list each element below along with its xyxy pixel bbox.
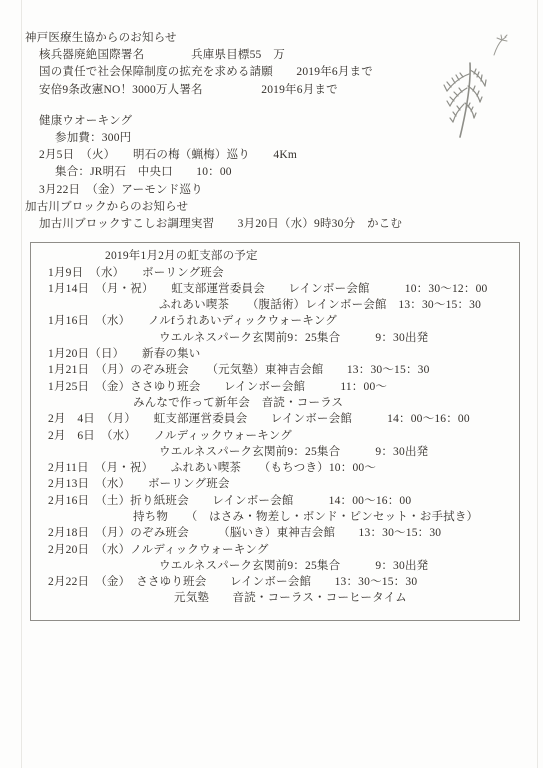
schedule-row: 1月21日 （月）のぞみ班会 （元気塾）東神吉会館 13：30～15：30 — [31, 362, 519, 378]
scanned-newsletter-page: 神戸医療生協からのお知らせ 核兵器廃絶国際署名 兵庫県目標55 万 国の責任で社… — [0, 0, 543, 768]
schedule-row-continuation: ウエルネスパーク玄関前9：25集合 9：30出発 — [31, 330, 519, 346]
walking-fee-line: 参加費：300円 — [0, 130, 543, 147]
walking-header: 健康ウオーキング — [0, 113, 543, 130]
kakogawa-header: 加古川ブロックからのお知らせ — [0, 199, 543, 216]
schedule-row: 2月13日 （水） ボーリング班会 — [31, 476, 519, 492]
schedule-row-continuation: みんなで作って新年会 音読・コーラス — [31, 395, 519, 411]
schedule-row-continuation: 元気塾 音読・コーラス・コーヒータイム — [31, 590, 519, 606]
document-content: 神戸医療生協からのお知らせ 核兵器廃絶国際署名 兵庫県目標55 万 国の責任で社… — [0, 30, 543, 621]
schedule-row: 1月14日 （月・祝） 虹支部運営委員会 レインボー会館 10：30～12：00 — [31, 281, 519, 297]
kakogawa-item-line: 加古川ブロックすこしお調理実習 3月20日（水）9時30分 かこむ — [0, 216, 543, 233]
schedule-row: 2月 6日 （水） ノルディックウォーキング — [31, 428, 519, 444]
schedule-row: 1月20日（日） 新春の集い — [31, 346, 519, 362]
schedule-row: 2月11日 （月・祝） ふれあい喫茶 （もちつき）10：00～ — [31, 460, 519, 476]
schedule-row: 1月25日 （金）ささゆり班会 レインボー会館 11：00～ — [31, 379, 519, 395]
schedule-row-continuation: ウエルネスパーク玄関前9：25集合 9：30出発 — [31, 444, 519, 460]
walking-event-line: 3月22日 （金）アーモンド巡り — [0, 182, 543, 199]
schedule-row: 2月 4日 （月） 虹支部運営委員会 レインボー会館 14：00～16：00 — [31, 411, 519, 427]
schedule-row: 1月16日 （水） ノルfうれあいディックウォーキング — [31, 313, 519, 329]
schedule-row: 2月18日 （月）のぞみ班会 （脳いき）東神吉会館 13：30～15：30 — [31, 525, 519, 541]
walking-meeting-line: 集合：JR明石 中央口 10：00 — [0, 164, 543, 181]
coop-notice-header: 神戸医療生協からのお知らせ — [0, 30, 543, 47]
schedule-box: 2019年1月2月の虹支部の予定 1月9日 （水） ボーリング班会 1月14日 … — [30, 242, 520, 621]
coop-notice-line: 国の責任で社会保障制度の拡充を求める請願 2019年6月まで — [0, 64, 543, 81]
coop-notice-line: 核兵器廃絶国際署名 兵庫県目標55 万 — [0, 47, 543, 64]
schedule-row-continuation: ウエルネスパーク玄関前9：25集合 9：30出発 — [31, 558, 519, 574]
schedule-row: 2月16日 （土）折り紙班会 レインボー会館 14：00～16：00 — [31, 493, 519, 509]
schedule-row-continuation: ふれあい喫茶 （腹話術）レインボー会館 13：30～15：30 — [31, 297, 519, 313]
walking-event-line: 2月5日 （火） 明石の梅（蝋梅）巡り 4Km — [0, 147, 543, 164]
coop-notice-line: 安倍9条改憲NO！3000万人署名 2019年6月まで — [0, 82, 543, 99]
schedule-row: 2月22日 （金） ささゆり班会 レインボー会館 13：30～15：30 — [31, 574, 519, 590]
schedule-title: 2019年1月2月の虹支部の予定 — [31, 248, 519, 264]
schedule-row: 2月20日 （水）ノルディックウォーキング — [31, 542, 519, 558]
schedule-row-continuation: 持ち物 （ はさみ・物差し・ボンド・ピンセット・お手拭き） — [31, 509, 519, 525]
schedule-row: 1月9日 （水） ボーリング班会 — [31, 265, 519, 281]
